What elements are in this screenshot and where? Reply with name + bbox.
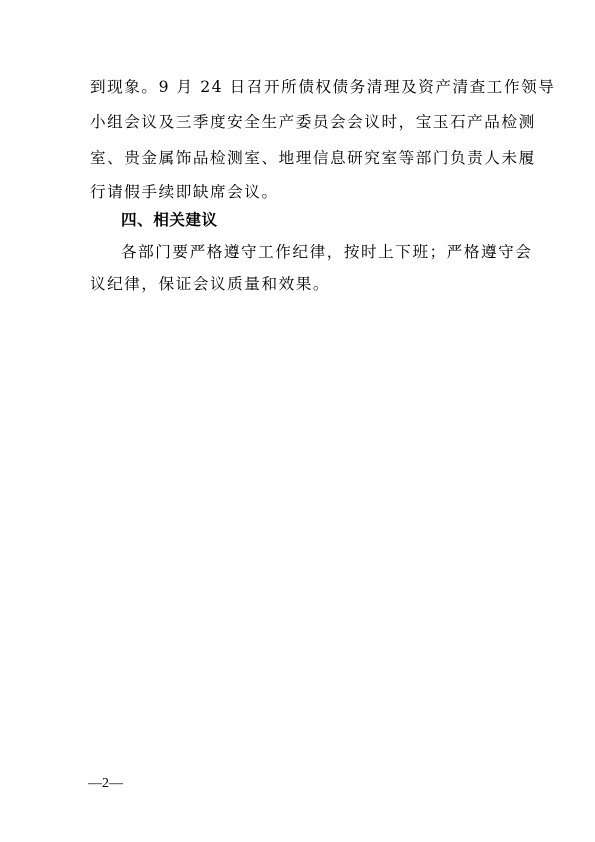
section-heading: 四、相关建议: [121, 210, 541, 230]
body-text-line: 小组会议及三季度安全生产委员会会议时，宝玉石产品检测: [90, 112, 510, 132]
body-text-line: 到现象。9 月 24 日召开所债权债务清理及资产清查工作领导: [90, 77, 510, 97]
document-page: 到现象。9 月 24 日召开所债权债务清理及资产清查工作领导 小组会议及三季度安…: [0, 0, 595, 842]
body-text-line: 各部门要严格遵守工作纪律，按时上下班；严格遵守会: [121, 242, 541, 262]
body-text-line: 室、贵金属饰品检测室、地理信息研究室等部门负责人未履: [90, 148, 510, 168]
body-text-line: 行请假手续即缺席会议。: [90, 182, 510, 202]
page-number: —2—: [88, 776, 123, 792]
body-text-line: 议纪律，保证会议质量和效果。: [90, 274, 510, 294]
